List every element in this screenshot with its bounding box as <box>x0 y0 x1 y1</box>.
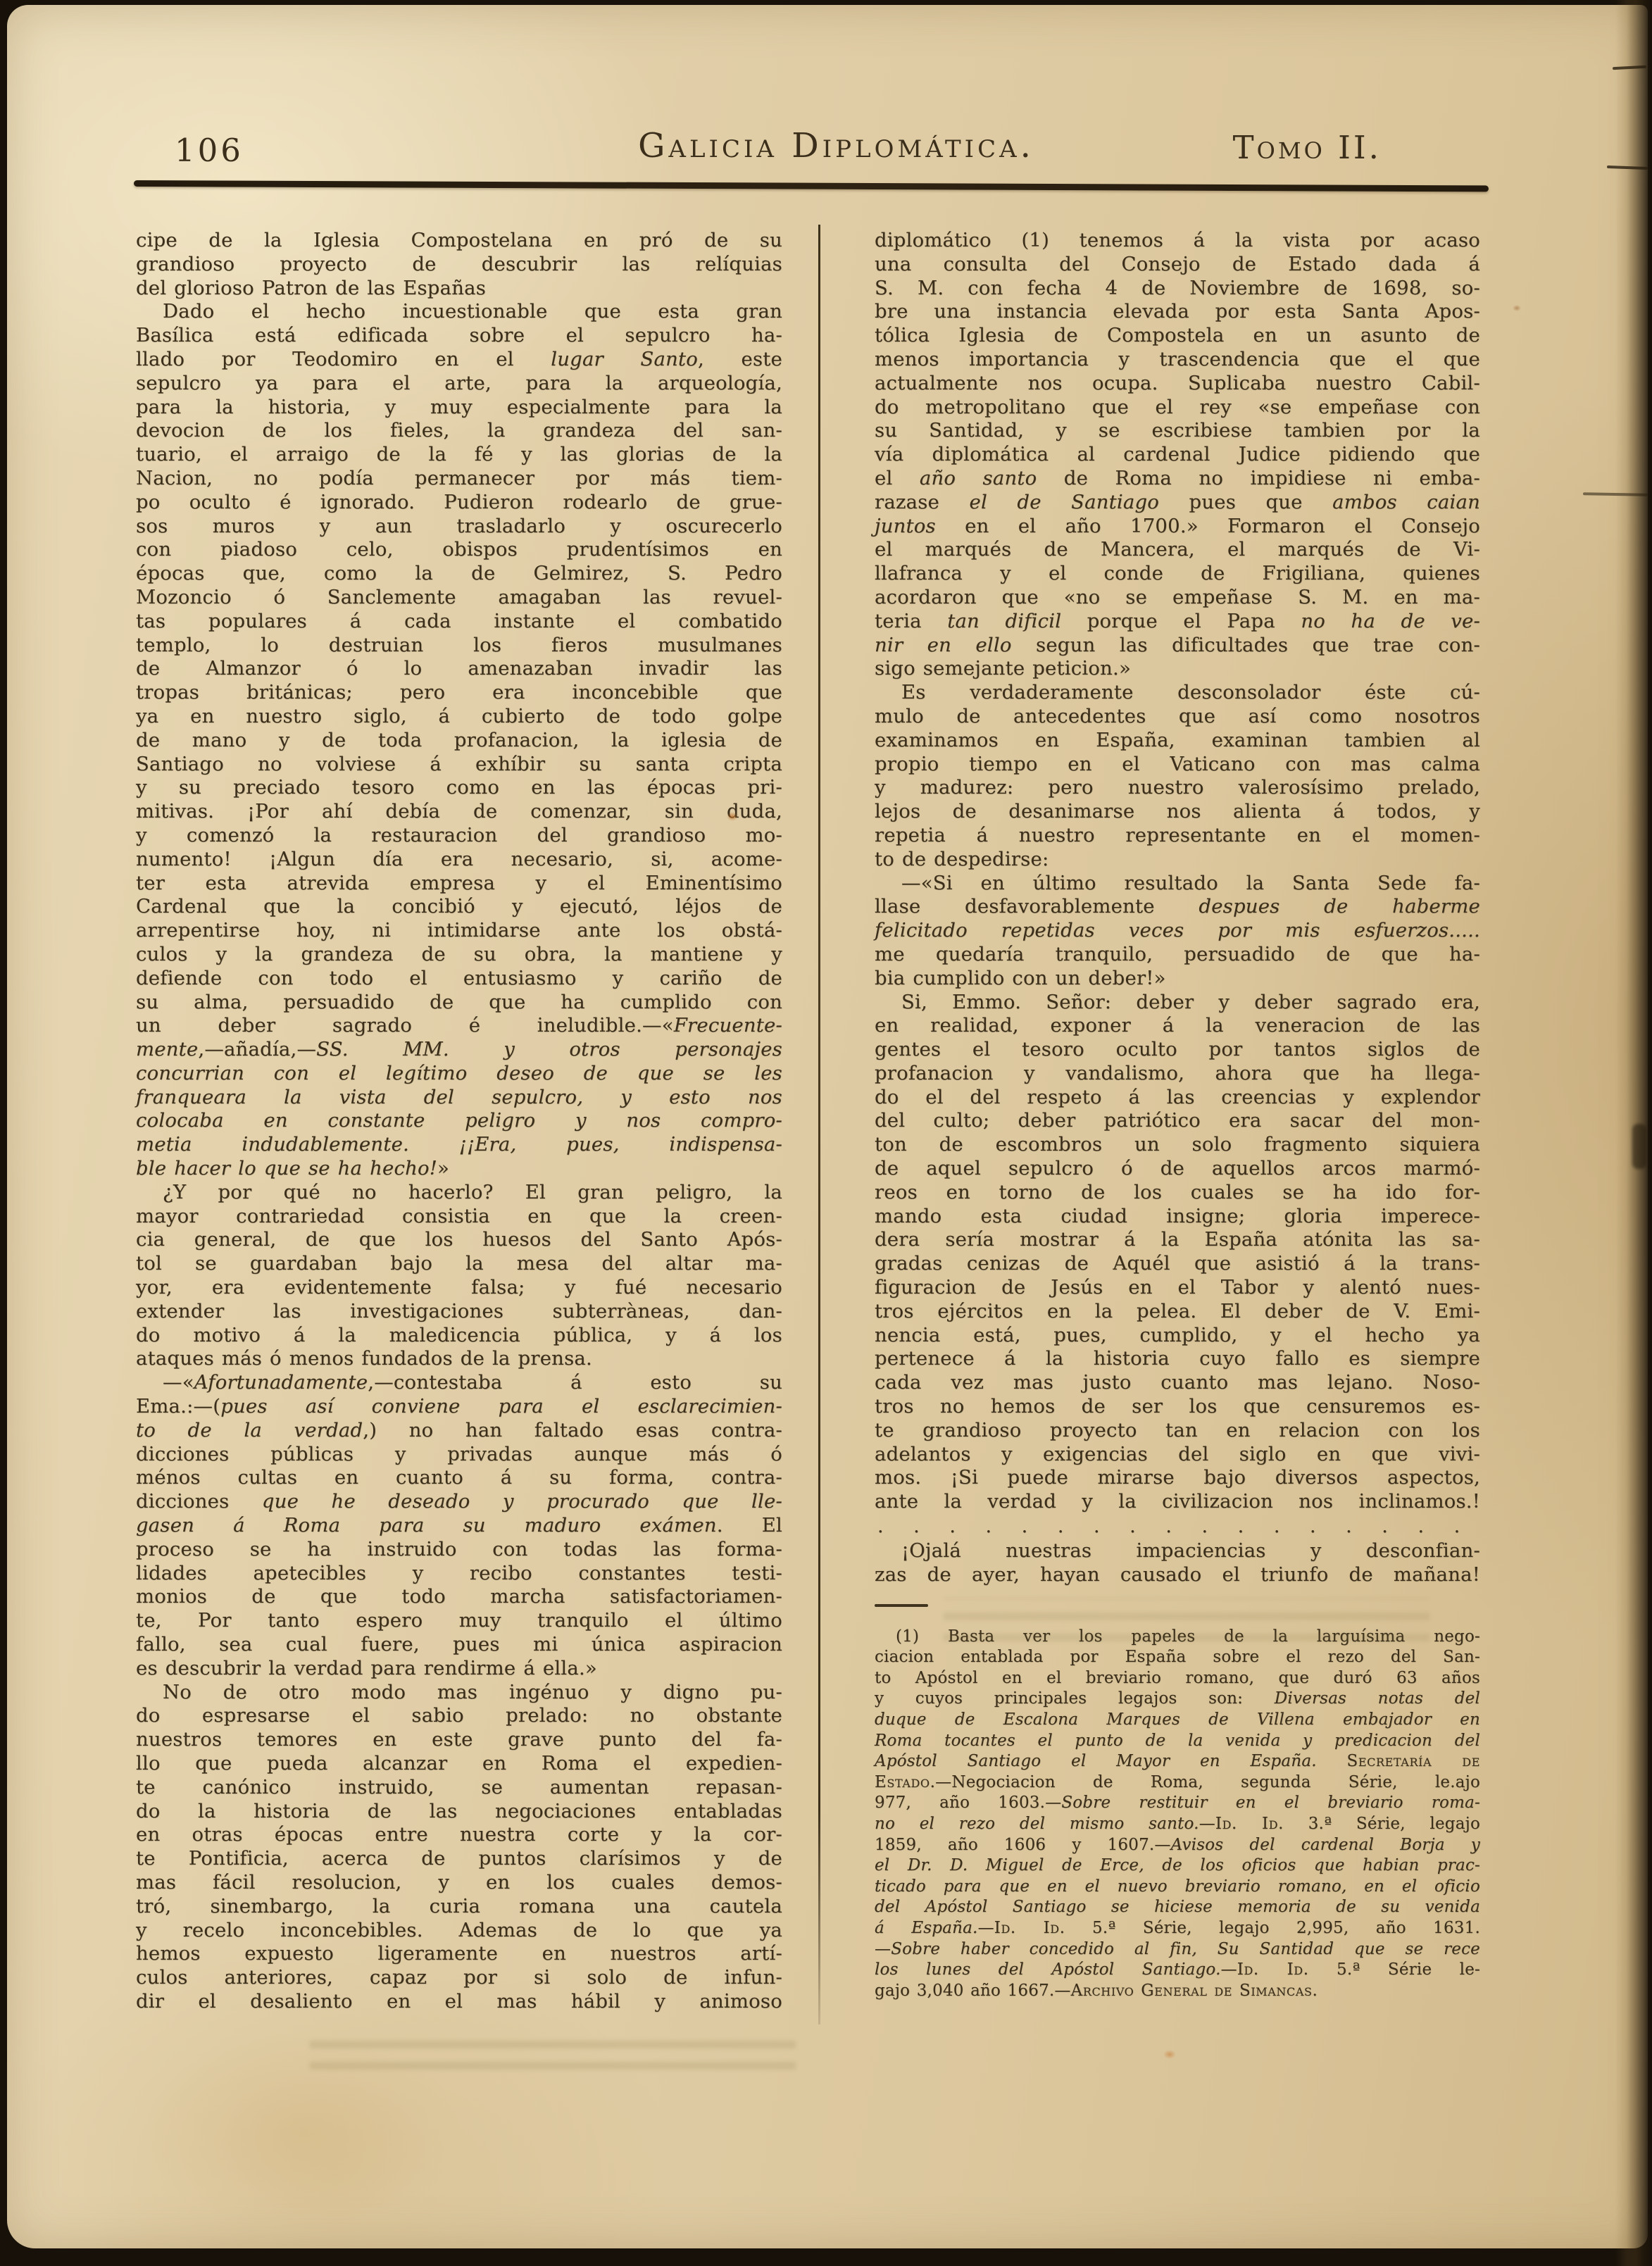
header-rule <box>134 180 1489 192</box>
text-line: dicciones que he deseado y procurado que… <box>136 1490 782 1514</box>
text-line: zas de ayer, hayan causado el triunfo de… <box>875 1563 1480 1587</box>
text-line: examinamos en España, examinan tambien a… <box>875 729 1480 753</box>
text-line: Es verdaderamente desconsolador éste cú- <box>875 681 1480 705</box>
text-line: mayor contrariedad consistia en que la c… <box>136 1205 782 1229</box>
text-line: ataques más ó menos fundados de la prens… <box>136 1347 782 1371</box>
text-line: ya en nuestro siglo, á cubierto de todo … <box>136 705 782 729</box>
text-line: en realidad, exponer á la veneracion de … <box>875 1014 1480 1038</box>
text-line: su alma, persuadido de que ha cumplido c… <box>136 991 782 1015</box>
text-line: bia cumplido con un deber!» <box>875 967 1480 991</box>
text-line: defiende con todo el entusiasmo y cariño… <box>136 967 782 991</box>
text-line: Cardenal que la concibió y ejecutó, léjo… <box>136 895 782 919</box>
text-line: to de la verdad,) no han faltado esas co… <box>136 1419 782 1443</box>
text-line: teria tan dificil porque el Papa no ha d… <box>875 610 1480 634</box>
text-line: gentes el tesoro oculto por tantos siglo… <box>875 1038 1480 1062</box>
scanned-paper-page: 106 Galicia Diplomática. Tomo II. cipe d… <box>7 5 1648 2248</box>
binding-shadow-blotch <box>1632 1124 1646 1169</box>
text-line: Si, Emmo. Señor: deber y deber sagrado e… <box>875 991 1480 1015</box>
text-line: lejos de desanimarse nos alienta á todos… <box>875 800 1480 824</box>
text-line: á España.—Id. Id. 5.ª Série, legajo 2,99… <box>875 1918 1480 1939</box>
text-line: nencia está, pues, cumplido, y el hecho … <box>875 1324 1480 1348</box>
text-line: 977, año 1603.—Sobre restituir en el bre… <box>875 1793 1480 1814</box>
text-line: numento! ¡Algun día era necesario, si, a… <box>136 848 782 872</box>
ellipsis-line: . . . . . . . . . . . . . . . . . <box>875 1515 1480 1539</box>
text-line: cia general, de que los huesos del Santo… <box>136 1228 782 1252</box>
text-line: ménos cultas en cuanto á su forma, contr… <box>136 1466 782 1490</box>
text-line: profanacion y vandalismo, ahora que ha l… <box>875 1062 1480 1086</box>
text-line: gasen á Roma para su maduro exámen. El <box>136 1514 782 1538</box>
text-line: gajo 3,040 año 1667.—Archivo General de … <box>875 1981 1480 2002</box>
text-line: franqueara la vista del sepulcro, y esto… <box>136 1086 782 1110</box>
text-line: de Almanzor ó lo amenazaban invadir las <box>136 657 782 681</box>
text-line: mitivas. ¡Por ahí debía de comenzar, sin… <box>136 800 782 824</box>
text-line: hemos expuesto ligeramente en nuestros a… <box>136 1942 782 1966</box>
paper-stain <box>1163 2050 1176 2059</box>
text-line: duque de Escalona Marques de Villena emb… <box>875 1710 1480 1731</box>
text-line: de aquel sepulcro ó de aquellos arcos ma… <box>875 1157 1480 1181</box>
text-line: culos anteriores, capaz por si solo de i… <box>136 1966 782 1990</box>
text-line: cipe de la Iglesia Compostelana en pró d… <box>136 229 782 253</box>
text-line: propio tiempo en el Vaticano con mas cal… <box>875 753 1480 777</box>
text-line: épocas que, como la de Gelmirez, S. Pedr… <box>136 562 782 586</box>
text-line: vía diplomática al cardenal Judice pidie… <box>875 443 1480 467</box>
text-line: mos. ¡Si puede mirarse bajo diversos asp… <box>875 1466 1480 1490</box>
text-line: Santiago no volviese á exhíbir su santa … <box>136 753 782 777</box>
text-line: 1859, año 1606 y 1607.—Avisos del carden… <box>875 1835 1480 1856</box>
volume-label: Tomo II. <box>1233 129 1382 166</box>
text-line: fallo, sea cual fuere, pues mi única asp… <box>136 1633 782 1657</box>
text-line: juntos en el año 1700.» Formaron el Cons… <box>875 515 1480 539</box>
text-line: do espresarse el sabio prelado: no obsta… <box>136 1704 782 1728</box>
text-line: ter esta atrevida empresa y el Eminentís… <box>136 872 782 896</box>
text-line: de mano y de toda profanacion, la iglesi… <box>136 729 782 753</box>
closing-paragraph: ¡Ojalá nuestras impaciencias y desconfia… <box>875 1539 1480 1587</box>
text-line: con piadoso celo, obispos prudentísimos … <box>136 538 782 562</box>
text-line: y comenzó la restauracion del grandioso … <box>136 824 782 848</box>
text-line: ble hacer lo que se ha hecho!» <box>136 1157 782 1181</box>
text-line: un deber sagrado é ineludible.—«Frecuent… <box>136 1014 782 1038</box>
text-line: proceso se ha instruido con todas las fo… <box>136 1538 782 1562</box>
text-line: po oculto é ignorado. Pudieron rodearlo … <box>136 491 782 515</box>
text-line: concurrian con el legítimo deseo de que … <box>136 1062 782 1086</box>
text-line: dera sería mostrar á la España atónita l… <box>875 1228 1480 1252</box>
left-column-text: cipe de la Iglesia Compostelana en pró d… <box>136 229 782 2014</box>
text-line: felicitado repetidas veces por mis esfue… <box>875 919 1480 943</box>
text-line: mente,—añadía,—SS. MM. y otros personaje… <box>136 1038 782 1062</box>
text-line: Basílica está edificada sobre el sepulcr… <box>136 324 782 348</box>
text-line: S. M. con fecha 4 de Noviembre de 1698, … <box>875 277 1480 301</box>
text-line: mulo de antecedentes que así como nosotr… <box>875 705 1480 729</box>
text-line: menos importancia y trascendencia que el… <box>875 348 1480 372</box>
text-line: do la historia de las negociaciones enta… <box>136 1800 782 1824</box>
text-line: es descubrir la verdad para rendirme á e… <box>136 1657 782 1681</box>
text-line: to de despedirse: <box>875 848 1480 872</box>
text-line: y su preciado tesoro como en las épocas … <box>136 776 782 800</box>
text-line: do metropolitano que el rey «se empeñase… <box>875 396 1480 420</box>
text-line: te canónico instruido, se aumentan repas… <box>136 1776 782 1800</box>
text-line: su Santidad, y se escribiese tambien por… <box>875 419 1480 443</box>
text-line: colocaba en constante peligro y nos comp… <box>136 1109 782 1133</box>
text-line: del Apóstol Santiago se hiciese memoria … <box>875 1897 1480 1918</box>
footnote: (1) Basta ver los papeles de la larguísi… <box>875 1627 1480 2002</box>
text-line: pertenece á la historia cuyo fallo es si… <box>875 1347 1480 1371</box>
text-line: tros ejércitos en la pelea. El deber de … <box>875 1300 1480 1324</box>
text-line: y madurez: pero nuestro valerosísimo pre… <box>875 776 1480 800</box>
text-line: tró, sinembargo, la curia romana una cau… <box>136 1895 782 1919</box>
text-line: Estado.—Negociacion de Roma, segunda Sér… <box>875 1772 1480 1794</box>
right-column-text: diplomático (1) tenemos á la vista por a… <box>875 229 1480 1514</box>
text-line: ante la verdad y la civilizacion nos inc… <box>875 1490 1480 1514</box>
text-line: una consulta del Consejo de Estado dada … <box>875 253 1480 277</box>
text-line: nuestros temores en este grave punto del… <box>136 1728 782 1752</box>
text-line: repetia á nuestro representante en el mo… <box>875 824 1480 848</box>
text-line: ¡Ojalá nuestras impaciencias y desconfia… <box>875 1539 1480 1563</box>
text-line: do el del respeto á las creencias y expl… <box>875 1086 1480 1110</box>
text-line: —«Si en último resultado la Santa Sede f… <box>875 872 1480 896</box>
text-line: razase el de Santiago pues que ambos cai… <box>875 491 1480 515</box>
text-line: No de otro modo mas ingénuo y digno pu- <box>136 1681 782 1705</box>
page-header: 106 Galicia Diplomática. Tomo II. <box>136 126 1486 171</box>
text-line: do motivo á la maledicencia pública, y á… <box>136 1324 782 1348</box>
text-line: grandioso proyecto de descubrir las relí… <box>136 253 782 277</box>
text-line: ciacion entablada por España sobre el re… <box>875 1647 1480 1668</box>
text-line: Ema.:—(pues así conviene para el esclare… <box>136 1395 782 1419</box>
text-line: Apóstol Santiago el Mayor en España. Sec… <box>875 1751 1480 1772</box>
text-line: actualmente nos ocupa. Suplicaba nuestro… <box>875 372 1480 396</box>
text-line: llase desfavorablemente despues de haber… <box>875 895 1480 919</box>
text-line: tol se guardaban bajo la mesa del altar … <box>136 1252 782 1276</box>
text-line: en otras épocas entre nuestra corte y la… <box>136 1823 782 1847</box>
text-line: te grandioso proyecto tan en relacion co… <box>875 1419 1480 1443</box>
text-line: (1) Basta ver los papeles de la larguísi… <box>875 1627 1480 1648</box>
text-line: tas populares á cada instante el combati… <box>136 610 782 634</box>
footnote-separator <box>875 1604 928 1607</box>
text-line: del culto; deber patriótico era sacar de… <box>875 1109 1480 1133</box>
paper-stain <box>1513 305 1521 311</box>
text-line: lidades apetecibles y recibo constantes … <box>136 1562 782 1586</box>
text-line: monios de que todo marcha satisfactoriam… <box>136 1585 782 1609</box>
text-line: tros no hemos de ser los que censuremos … <box>875 1395 1480 1419</box>
text-line: extender las investigaciones subterrànea… <box>136 1300 782 1324</box>
text-line: diplomático (1) tenemos á la vista por a… <box>875 229 1480 253</box>
text-line: templo, lo destruian los fieros musulman… <box>136 634 782 658</box>
text-line: sigo semejante peticion.» <box>875 657 1480 681</box>
text-line: ton de escombros un solo fragmento siqui… <box>875 1133 1480 1157</box>
text-line: mas fácil resolucion, y en los cuales de… <box>136 1871 782 1895</box>
text-line: ticado para que en el nuevo breviario ro… <box>875 1877 1480 1898</box>
right-column: diplomático (1) tenemos á la vista por a… <box>875 229 1480 2001</box>
text-line: sos muros y aun trasladarlo y oscurecerl… <box>136 515 782 539</box>
text-line: yor, era evidentemente falsa; y fué nece… <box>136 1276 782 1300</box>
text-line: nir en ello segun las dificultades que t… <box>875 634 1480 658</box>
text-line: no el rezo del mismo santo.—Id. Id. 3.ª … <box>875 1814 1480 1835</box>
text-line: Roma tocantes el punto de la venida y pr… <box>875 1731 1480 1752</box>
text-line: arrepentirse hoy, ni intimidarse ante lo… <box>136 919 782 943</box>
text-line: devocion de los fieles, la grandeza del … <box>136 419 782 443</box>
text-line: Nacion, no podía permanecer por más tiem… <box>136 467 782 491</box>
paper-stain <box>141 2033 465 2230</box>
text-line: —«Afortunadamente,—contestaba á esto su <box>136 1371 782 1395</box>
text-line: te Pontificia, acerca de puntos clarísim… <box>136 1847 782 1871</box>
text-line: dir el desaliento en el mas hábil y anim… <box>136 1990 782 2014</box>
text-line: sepulcro ya para el arte, para la arqueo… <box>136 372 782 396</box>
text-line: Mozoncio ó Sanclemente amagaban las revu… <box>136 586 782 610</box>
text-line: llo que pueda alcanzar en Roma el expedi… <box>136 1752 782 1776</box>
column-divider <box>818 225 820 2024</box>
text-line: ¿Y por qué no hacerlo? El gran peligro, … <box>136 1181 782 1205</box>
text-line: adelantos y exigencias del siglo en que … <box>875 1443 1480 1467</box>
text-line: tuario, el arraigo de la fé y las gloria… <box>136 443 782 467</box>
text-line: tropas británicas; pero era inconcebible… <box>136 681 782 705</box>
text-line: culos y la grandeza de su obra, la manti… <box>136 943 782 967</box>
text-line: te, Por tanto espero muy tranquilo el úl… <box>136 1609 782 1633</box>
text-line: y cuyos principales legajos son: Diversa… <box>875 1689 1480 1710</box>
text-line: gradas cenizas de Aquél que asistió á la… <box>875 1252 1480 1276</box>
text-line: llado por Teodomiro en el lugar Santo, e… <box>136 348 782 372</box>
text-line: llafranca y el conde de Frigiliana, quie… <box>875 562 1480 586</box>
scanned-page-background: { "colors": { "paper": "#e0cda6", "ink":… <box>0 0 1652 2266</box>
text-line: los lunes del Apóstol Santiago.—Id. Id. … <box>875 1960 1480 1981</box>
text-line: tólica Iglesia de Compostela en un asunt… <box>875 324 1480 348</box>
text-line: Dado el hecho incuestionable que esta gr… <box>136 300 782 324</box>
text-line: bre una instancia elevada por esta Santa… <box>875 300 1480 324</box>
text-line: para la historia, y muy especialmente pa… <box>136 396 782 420</box>
text-line: acordaron que «no se empeñase S. M. en m… <box>875 586 1480 610</box>
text-line: me quedaría tranquilo, persuadido de que… <box>875 943 1480 967</box>
text-line: el Dr. D. Miguel de Erce, de los oficios… <box>875 1855 1480 1877</box>
text-line: metia indudablemente. ¡¡Era, pues, indis… <box>136 1133 782 1157</box>
show-through-ghost-text <box>310 2029 796 2070</box>
text-line: el año santo de Roma no impidiese ni emb… <box>875 467 1480 491</box>
text-line: —Sobre haber concedido al fin, Su Santid… <box>875 1939 1480 1960</box>
text-line: cada vez mas justo cuanto mas lejano. No… <box>875 1371 1480 1395</box>
text-line: dicciones públicas y privadas aunque más… <box>136 1443 782 1467</box>
text-line: y recelo inconcebibles. Ademas de lo que… <box>136 1919 782 1943</box>
text-line: del glorioso Patron de las Españas <box>136 277 782 301</box>
text-line: to Apóstol en el breviario romano, que d… <box>875 1668 1480 1689</box>
text-line: el marqués de Mancera, el marqués de Vi- <box>875 538 1480 562</box>
text-line: figuracion de Jesús en el Tabor y alentó… <box>875 1276 1480 1300</box>
text-line: reos en torno de los cuales se ha ido fo… <box>875 1181 1480 1205</box>
text-line: mando esta ciudad insigne; gloria impere… <box>875 1205 1480 1229</box>
